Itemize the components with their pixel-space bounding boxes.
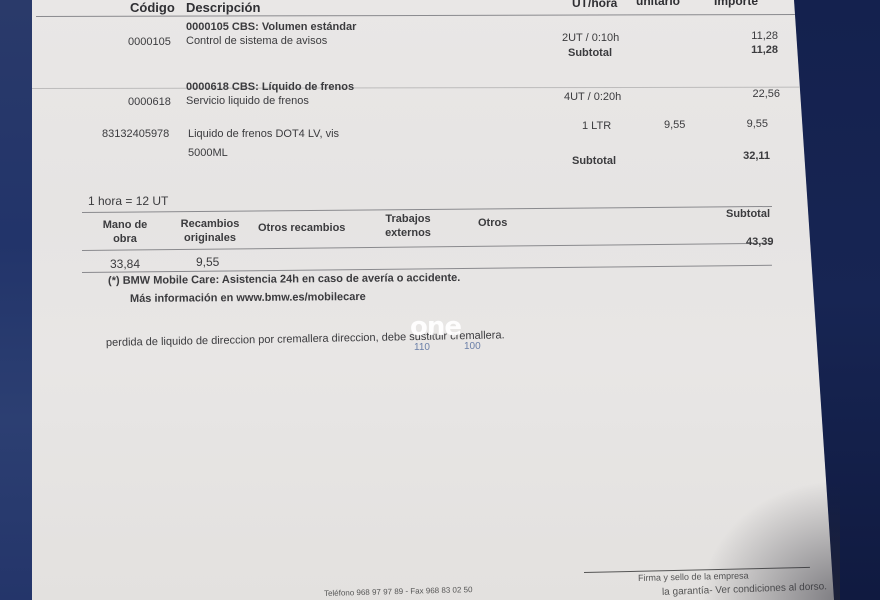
summary-col-trabajos-externos: Trabajos externos <box>376 212 440 240</box>
item-ut: 4UT / 0:20h <box>564 91 621 103</box>
watermark-logo: one <box>410 312 461 342</box>
item-ut: 2UT / 0:10h <box>562 32 619 44</box>
fold-line <box>32 87 802 89</box>
paper-shadow <box>700 480 840 600</box>
subtotal-label: Subtotal <box>568 47 612 59</box>
summary-col-line1: Recambios <box>170 217 250 231</box>
header-descripcion: Descripción <box>186 0 260 15</box>
item-group-title: 0000618 CBS: Líquido de frenos <box>186 81 354 93</box>
header-codigo: Código <box>130 0 175 15</box>
summary-value-subtotal: 43,39 <box>746 236 774 248</box>
summary-col-otros: Otros <box>478 217 507 229</box>
summary-col-line1: Trabajos <box>376 212 440 226</box>
summary-col-line1: Mano de <box>92 218 158 232</box>
summary-value-mano-de-obra: 33,84 <box>110 257 140 271</box>
item-importe: 22,56 <box>724 88 780 100</box>
item-description: Control de sistema de avisos <box>186 35 327 47</box>
item-group-title: 0000105 CBS: Volumen estándar <box>186 21 356 33</box>
part-code: 83132405978 <box>102 128 169 140</box>
summary-col-line2: obra <box>92 232 158 246</box>
item-description: Servicio liquido de frenos <box>186 95 309 107</box>
part-qty: 1 LTR <box>582 120 611 132</box>
summary-col-line2: originales <box>170 231 250 245</box>
summary-col-mano-de-obra: Mano de obra <box>92 218 158 246</box>
header-importe: Importe <box>714 0 758 8</box>
summary-col-recambios-originales: Recambios originales <box>170 217 250 245</box>
subtotal-value: 32,11 <box>714 150 770 162</box>
rate-note: 1 hora = 12 UT <box>88 194 168 208</box>
phone-fax: Teléfono 968 97 97 89 - Fax 968 83 02 50 <box>324 585 473 598</box>
part-description-2: 5000ML <box>188 147 228 159</box>
summary-value-recambios-originales: 9,55 <box>196 255 219 269</box>
summary-col-line2: externos <box>376 226 440 240</box>
item-code: 0000618 <box>128 96 171 108</box>
notice-line2: Más información en www.bmw.es/mobilecare <box>130 291 366 305</box>
notice-line1: (*) BMW Mobile Care: Asistencia 24h en c… <box>108 272 460 287</box>
subtotal-label: Subtotal <box>572 155 616 167</box>
summary-col-otros-recambios: Otros recambios <box>258 222 345 234</box>
background-left <box>0 0 34 600</box>
overlay-number: 110 <box>414 342 430 353</box>
part-unitario: 9,55 <box>664 119 685 131</box>
part-description: Liquido de frenos DOT4 LV, vis <box>188 128 339 140</box>
summary-col-subtotal: Subtotal <box>726 208 770 220</box>
item-importe: 11,28 <box>722 30 778 42</box>
item-code: 0000105 <box>128 36 171 48</box>
header-unitario: unitario <box>636 0 680 8</box>
part-importe: 9,55 <box>712 118 768 130</box>
overlay-number: 100 <box>464 341 481 352</box>
header-ut-hora: UT/hora <box>572 0 617 10</box>
subtotal-value: 11,28 <box>722 44 778 56</box>
